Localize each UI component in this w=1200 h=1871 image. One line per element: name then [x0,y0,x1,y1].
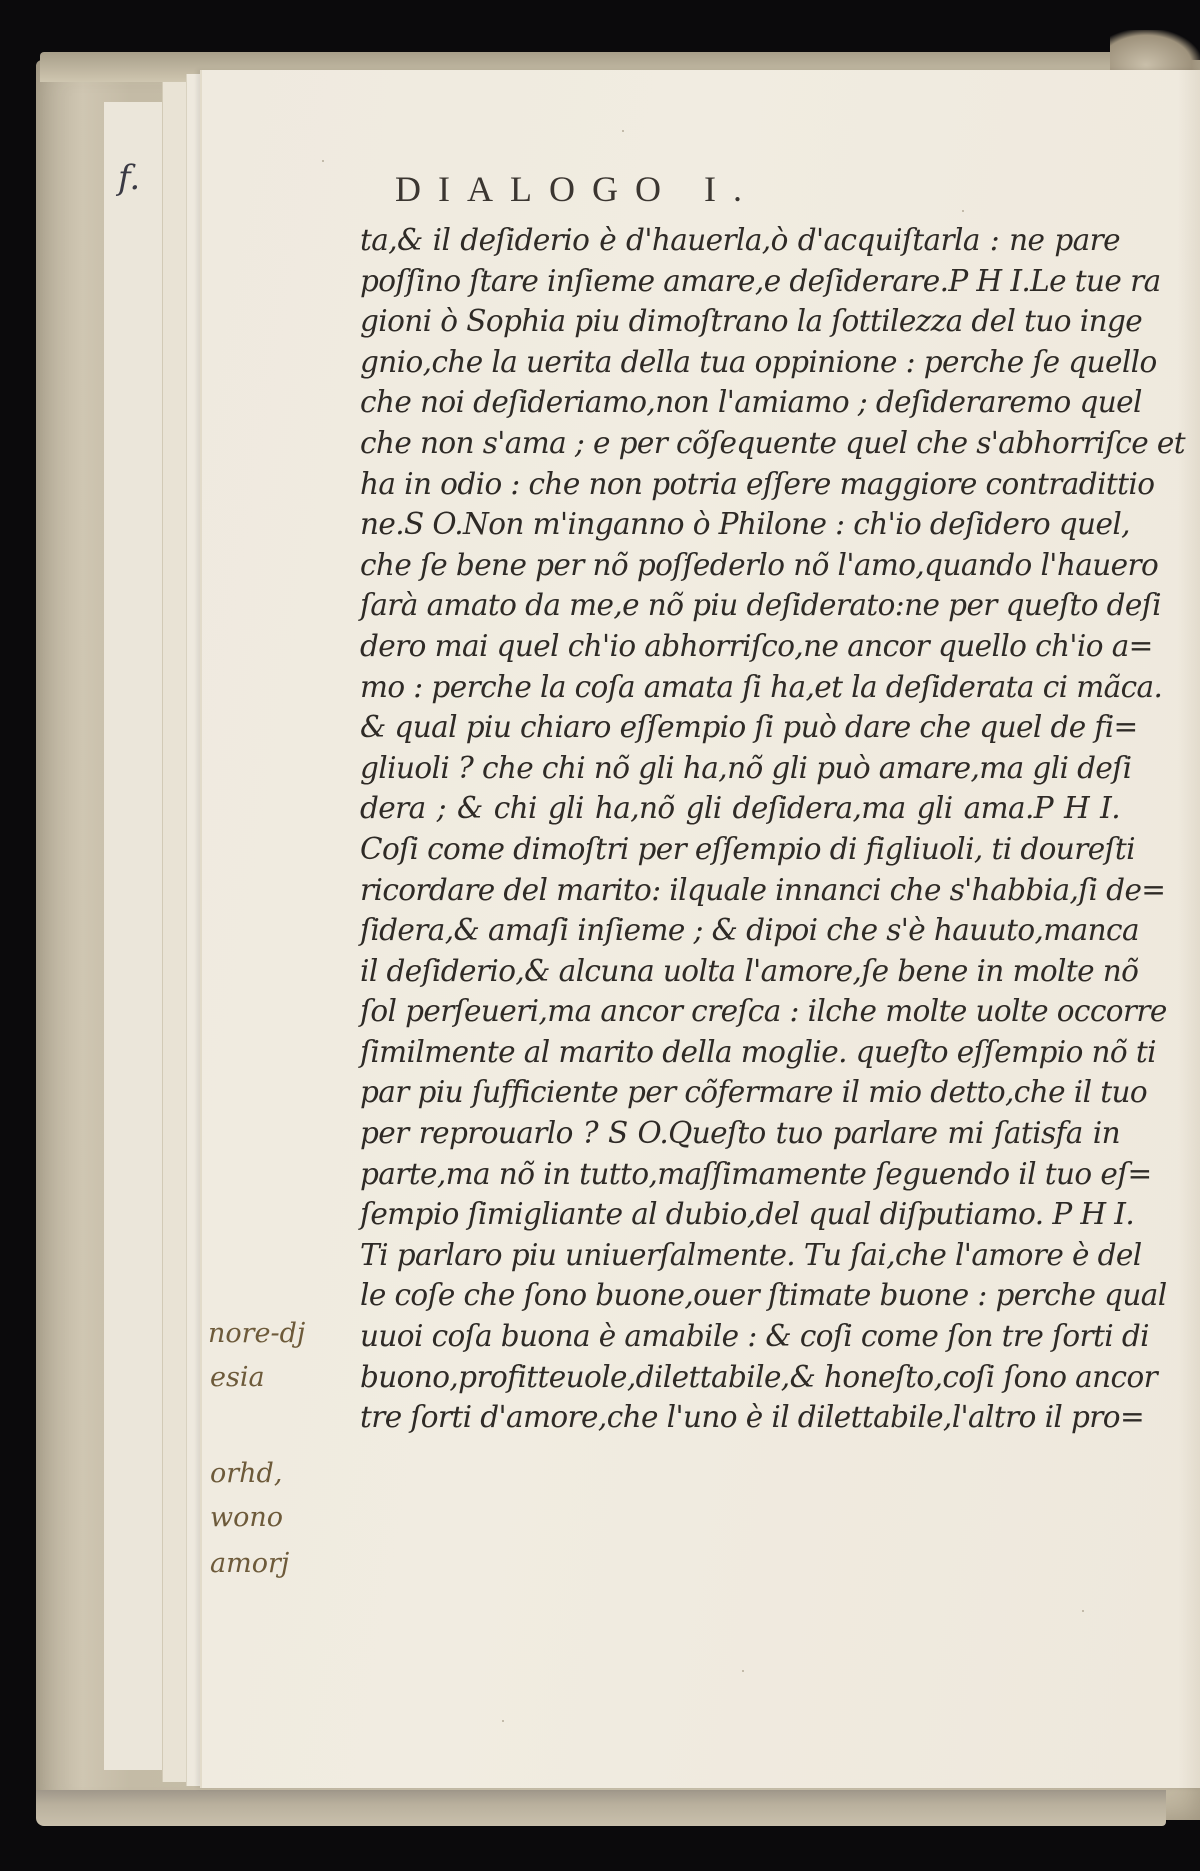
text-line: ne.S O.Non m'inganno ò Philone : ch'io d… [360,504,1120,545]
text-line: buono,profitteuole,dilettabile,& honeſto… [360,1357,1120,1398]
text-line: per reprouarlo ? S O.Queſto tuo parlare … [360,1113,1120,1154]
handwritten-note: wono [210,1502,283,1533]
text-line: ſempio ſimigliante al dubio,del qual diſ… [360,1194,1120,1235]
handwritten-note: nore-dj [208,1318,305,1349]
text-line: par piu ſufficiente per cõfermare il mio… [360,1072,1120,1113]
text-line: che noi deſideriamo,non l'amiamo ; deſid… [360,382,1120,423]
text-line: che ſe bene per nõ poſſederlo nõ l'amo,q… [360,545,1120,586]
binding-bottom-edge [36,1790,1166,1826]
text-line: Coſi come dimoſtri per eſſempio di figli… [360,829,1120,870]
text-line: il deſiderio,& alcuna uolta l'amore,ſe b… [360,951,1120,992]
body-text: ta,& il deſiderio è d'hauerla,ò d'acquiſ… [360,220,1120,1438]
text-line: tre ſorti d'amore,che l'uno è il diletta… [360,1397,1120,1438]
text-line: Ti parlaro piu uniuerſalmente. Tu ſai,ch… [360,1235,1120,1276]
text-line: ſol perſeueri,ma ancor creſca : ilche mo… [360,991,1120,1032]
text-line: ta,& il deſiderio è d'hauerla,ò d'acquiſ… [360,220,1120,261]
text-line: & qual piu chiaro eſſempio ſi può dare c… [360,707,1120,748]
text-line: ha in odio : che non potria eſſere maggi… [360,464,1120,505]
text-line: uuoi coſa buona è amabile : & coſi come … [360,1316,1120,1357]
handwritten-note: orhd, [210,1458,282,1489]
text-line: ſimilmente al marito della moglie. queſt… [360,1032,1120,1073]
text-line: che non s'ama ; e per cõſequente quel ch… [360,423,1120,464]
text-line: gnio,che la uerita della tua oppinione :… [360,342,1120,383]
text-line: ſidera,& amaſi inſieme ; & dipoi che s'è… [360,910,1120,951]
text-line: le coſe che ſono buone,ouer ſtimate buon… [360,1275,1120,1316]
running-head: DIALOGO I. [395,168,759,210]
text-line: ricordare del marito: ilquale innanci ch… [360,870,1120,911]
text-line: dero mai quel ch'io abhorriſco,ne ancor … [360,626,1120,667]
text-line: ſarà amato da me,e nõ piu deſiderato:ne … [360,585,1120,626]
text-line: gliuoli ? che chi nõ gli ha,nõ gli può a… [360,748,1120,789]
text-line: gioni ò Sophia piu dimoſtrano la ſottile… [360,301,1120,342]
text-line: poſſino ſtare inſieme amare,e deſiderare… [360,261,1120,302]
marginal-mark: f. [118,158,140,198]
text-line: parte,ma nõ in tutto,maſſimamente ſeguen… [360,1154,1120,1195]
handwritten-note: amorj [210,1548,289,1579]
text-line: mo : perche la coſa amata ſi ha,et la de… [360,667,1120,708]
text-line: dera ; & chi gli ha,nõ gli deſidera,ma g… [360,788,1120,829]
handwritten-note: esia [210,1362,265,1393]
